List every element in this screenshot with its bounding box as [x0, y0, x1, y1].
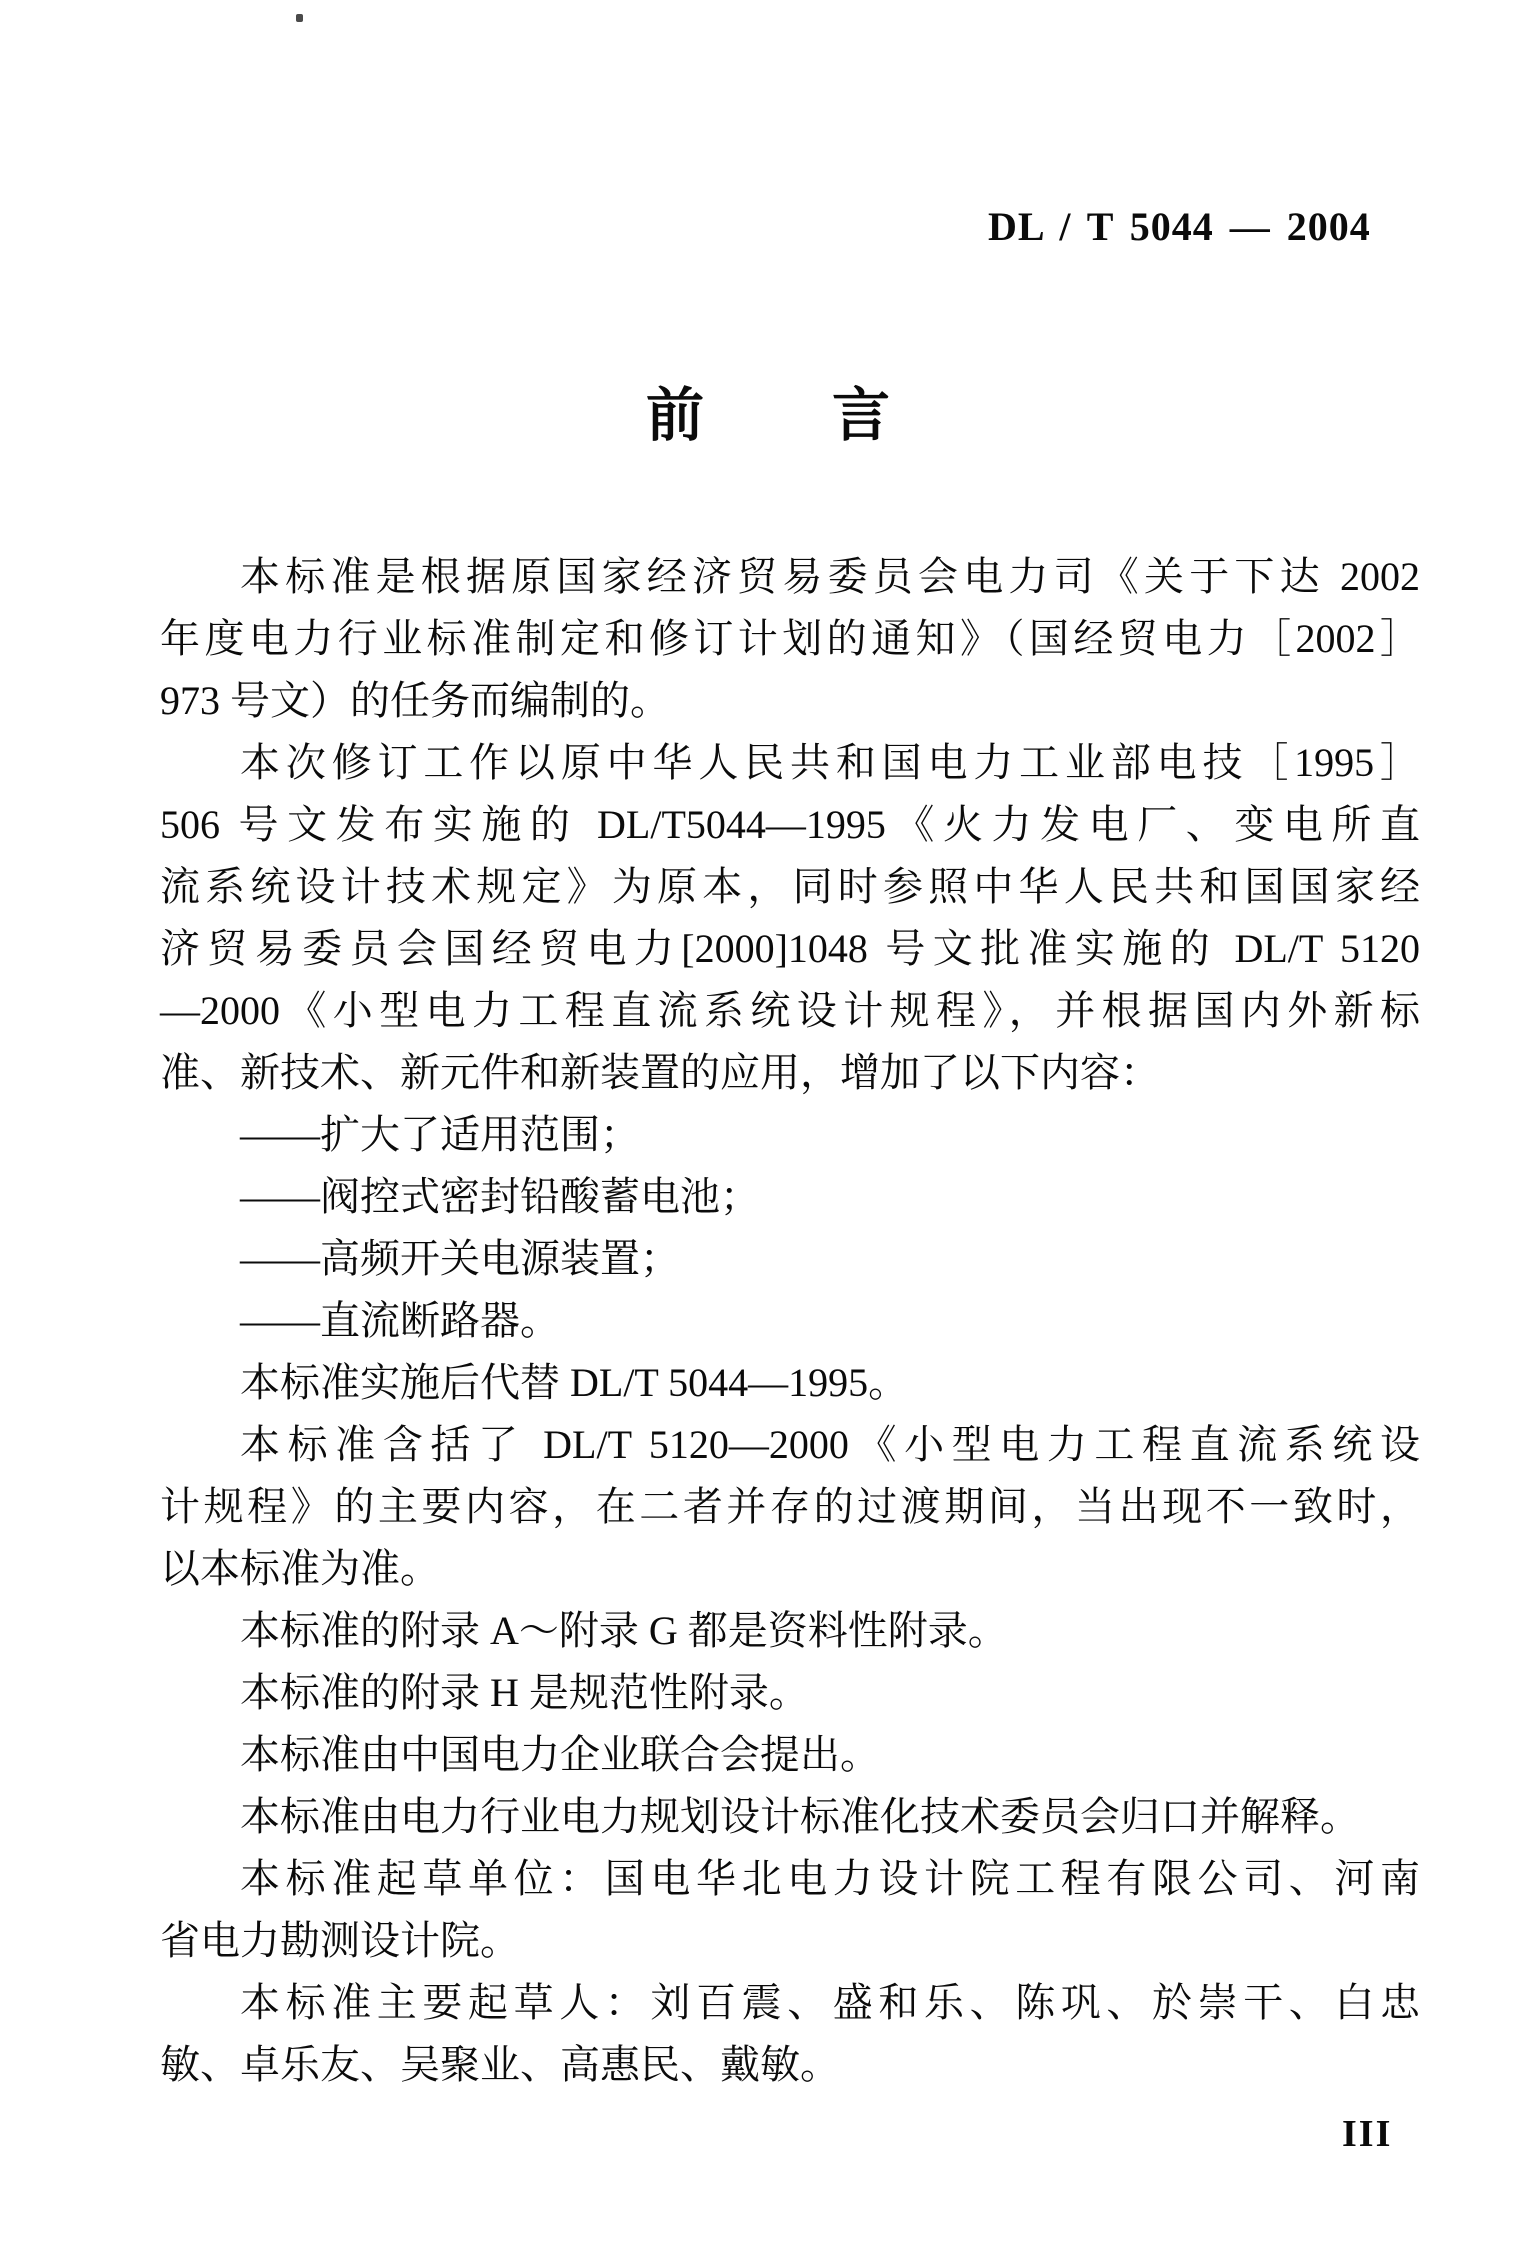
body-line: 本标准实施后代替 DL/T 5044—1995。: [160, 1352, 1420, 1414]
body-line: 省电力勘测设计院。: [160, 1910, 1420, 1972]
body-line: ——直流断路器。: [160, 1290, 1420, 1352]
body-line: —2000《小型电力工程直流系统设计规程》，并根据国内外新标: [160, 980, 1420, 1042]
body-line: 本标准主要起草人：刘百震、盛和乐、陈巩、於崇干、白忠: [160, 1972, 1420, 2034]
body-line: 流系统设计技术规定》为原本，同时参照中华人民共和国国家经: [160, 856, 1420, 918]
body-line: 本标准含括了 DL/T 5120—2000《小型电力工程直流系统设: [160, 1414, 1420, 1476]
body-line: 年度电力行业标准制定和修订计划的通知》（国经贸电力［2002］: [160, 608, 1420, 670]
body-line: 准、新技术、新元件和新装置的应用，增加了以下内容：: [160, 1042, 1420, 1104]
body-line: 本标准由电力行业电力规划设计标准化技术委员会归口并解释。: [160, 1786, 1420, 1848]
foreword-body: 本标准是根据原国家经济贸易委员会电力司《关于下达 2002年度电力行业标准制定和…: [160, 546, 1420, 2096]
standard-code-header: DL / T 5044 — 2004: [988, 204, 1408, 250]
body-line: 本次修订工作以原中华人民共和国电力工业部电技［1995］: [160, 732, 1420, 794]
body-line: 本标准起草单位：国电华北电力设计院工程有限公司、河南: [160, 1848, 1420, 1910]
scan-artifact-speck: [296, 14, 303, 22]
body-line: 本标准的附录 A～附录 G 都是资料性附录。: [160, 1600, 1420, 1662]
body-line: 506 号文发布实施的 DL/T5044—1995《火力发电厂、变电所直: [160, 794, 1420, 856]
body-line: ——阀控式密封铅酸蓄电池；: [160, 1166, 1420, 1228]
page-number: III: [1342, 2112, 1392, 2156]
body-line: ——高频开关电源装置；: [160, 1228, 1420, 1290]
foreword-title: 前 言: [0, 384, 1536, 448]
body-line: 本标准由中国电力企业联合会提出。: [160, 1724, 1420, 1786]
body-line: ——扩大了适用范围；: [160, 1104, 1420, 1166]
body-line: 本标准的附录 H 是规范性附录。: [160, 1662, 1420, 1724]
body-line: 本标准是根据原国家经济贸易委员会电力司《关于下达 2002: [160, 546, 1420, 608]
body-line: 敏、卓乐友、吴聚业、高惠民、戴敏。: [160, 2034, 1420, 2096]
body-line: 计规程》的主要内容，在二者并存的过渡期间，当出现不一致时，: [160, 1476, 1420, 1538]
foreword-title-char-2: 言: [832, 384, 890, 448]
document-page: DL / T 5044 — 2004 前 言 本标准是根据原国家经济贸易委员会电…: [0, 0, 1536, 2244]
foreword-title-char-1: 前: [646, 384, 704, 448]
body-line: 以本标准为准。: [160, 1538, 1420, 1600]
body-line: 973 号文）的任务而编制的。: [160, 670, 1420, 732]
body-line: 济贸易委员会国经贸电力[2000]1048 号文批准实施的 DL/T 5120: [160, 918, 1420, 980]
